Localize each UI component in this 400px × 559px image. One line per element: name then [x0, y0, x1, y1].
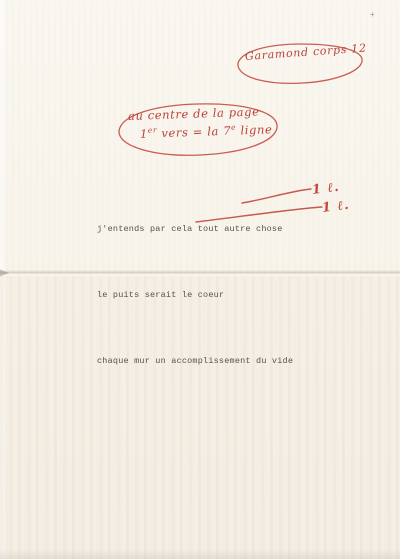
typescript-block: j'entends par cela tout autre chose le p… [97, 174, 293, 416]
proof-mark-one-line-2: 1 ℓ. [321, 197, 350, 216]
typescript-line: j'entends par cela tout autre chose [97, 218, 293, 240]
ordinal-suffix: er [148, 125, 158, 134]
annotation-mid-text: vers = la 7 [157, 124, 231, 141]
typescript-line: le puits serait le coeur [97, 284, 293, 306]
proof-mark-one-line-1: 1 ℓ. [311, 179, 340, 198]
annotation-end-text: ligne [236, 122, 273, 137]
scanned-manuscript-page: + Garamond corps 12 au centre de la page… [0, 0, 400, 559]
typescript-line: chaque mur un accomplissement du vide [97, 350, 293, 372]
